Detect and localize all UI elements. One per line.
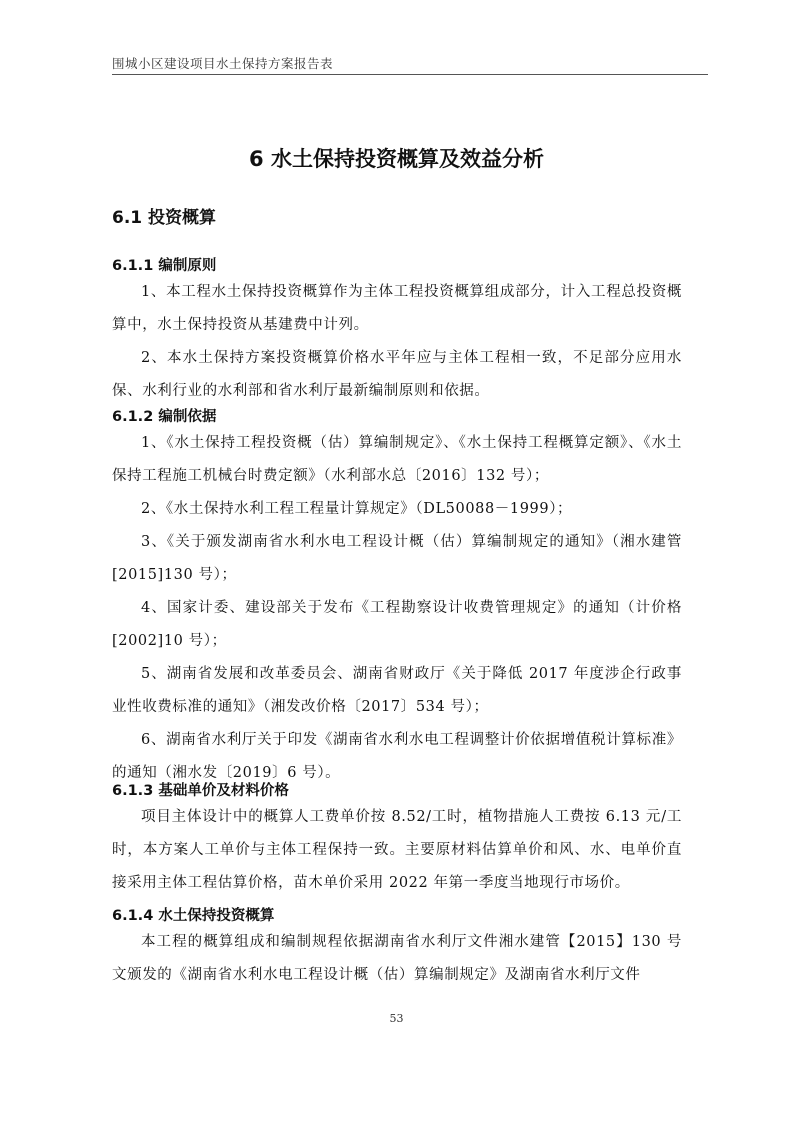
paragraph: 2、《水土保持水利工程工程量计算规定》（DL50088－1999）； [112,493,682,526]
subsection-title-6-1-3: 6.1.3 基础单价及材料价格 [112,779,289,800]
paragraph: 3、《关于颁发湖南省水利水电工程设计概（估）算编制规定的通知》（湘水建管[201… [112,526,682,592]
paragraph: 本工程的概算组成和编制规程依据湖南省水利厅文件湘水建管【2015】130 号文颁… [112,926,682,992]
header-title: 围城小区建设项目水土保持方案报告表 [112,54,333,72]
running-header: 围城小区建设项目水土保持方案报告表 [112,52,708,75]
paragraph: 4、国家计委、建设部关于发布《工程勘察设计收费管理规定》的通知（计价格 [200… [112,592,682,658]
subsection-title-6-1-1: 6.1.1 编制原则 [112,254,216,275]
paragraph: 5、湖南省发展和改革委员会、湖南省财政厅《关于降低 2017 年度涉企行政事业性… [112,658,682,724]
subsection-title-6-1-4: 6.1.4 水土保持投资概算 [112,904,274,925]
document-page: 围城小区建设项目水土保持方案报告表 6 水土保持投资概算及效益分析 6.1 投资… [0,0,793,1122]
subsection-title-6-1-2: 6.1.2 编制依据 [112,405,216,426]
page-number: 53 [0,1012,793,1025]
section-title: 6.1 投资概算 [112,203,216,228]
chapter-title: 6 水土保持投资概算及效益分析 [0,143,793,173]
paragraph: 1、本工程水土保持投资概算作为主体工程投资概算组成部分，计入工程总投资概算中，水… [112,276,682,342]
paragraph: 项目主体设计中的概算人工费单价按 8.52/工时，植物措施人工费按 6.13 元… [112,801,682,900]
paragraph: 2、本水土保持方案投资概算价格水平年应与主体工程相一致，不足部分应用水保、水利行… [112,342,682,408]
paragraph: 1、《水土保持工程投资概（估）算编制规定》、《水土保持工程概算定额》、《水土保持… [112,427,682,493]
